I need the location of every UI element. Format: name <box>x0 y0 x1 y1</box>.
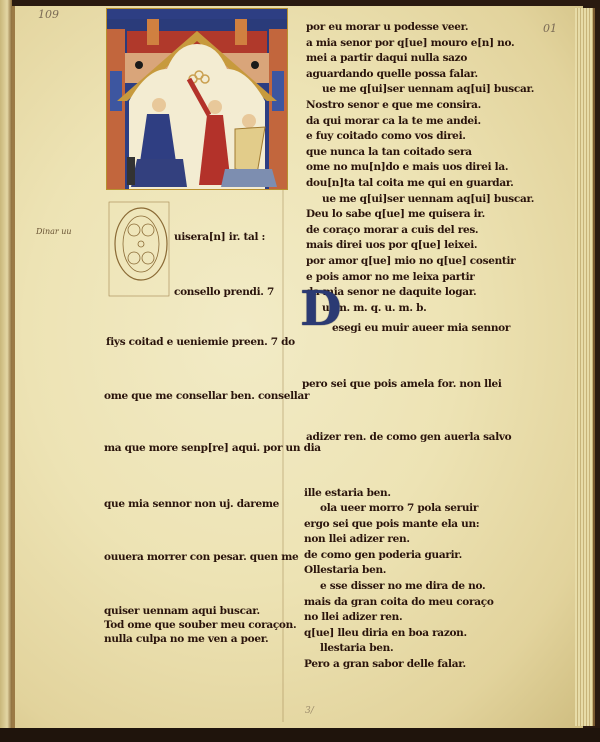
text-line: de coraço morar a cuis del res. <box>306 223 486 239</box>
text-line: non llei adizer ren. <box>304 532 484 548</box>
refrain-line: ue me q[ui]ser uennam aq[ui] buscar. <box>306 192 486 208</box>
right-column: por eu morar u podesse veer. a mia senor… <box>306 20 486 316</box>
right-column-lower: ola ueer morro 7 pola seruir ergo sei qu… <box>304 501 484 673</box>
blue-initial-d: D <box>300 287 330 331</box>
text-line: ma que more senp[re] aqui. por un dia <box>104 442 321 454</box>
text-line: uisera[n] ir. tal : <box>174 231 265 243</box>
text-line: que nunca la tan coitado sera <box>306 145 486 161</box>
text-line: mais direi uos por q[ue] leixei. <box>306 238 486 254</box>
text-line: mais da gran coita do meu coraço <box>304 595 484 611</box>
text-line: consello prendi. 7 <box>174 286 274 298</box>
music-text-line: pero sei que pois amela for. non llei <box>302 378 502 390</box>
text-line: no llei adizer ren. <box>304 610 484 626</box>
bottom-signature: 3/ <box>305 706 314 716</box>
text-line: ouuera morrer con pesar. quen me <box>104 551 298 563</box>
text-line: ergo sei que pois mante ela un: <box>304 517 484 533</box>
page-edges <box>575 8 595 726</box>
text-line: aguardando quelle possa falar. <box>306 67 486 83</box>
text-line: fiys coitad e ueniemie preen. 7 do <box>106 336 295 348</box>
text-line: esegi eu muir aueer mia sennor <box>332 322 510 334</box>
text-line: Pero a gran sabor delle falar. <box>304 657 484 673</box>
text-line: por eu morar u podesse veer. <box>306 20 486 36</box>
text-line: llestaria ben. <box>304 641 484 657</box>
text-line: Deu lo sabe q[ue] me quisera ir. <box>306 207 486 223</box>
text-line: dou[n]ta tal coita me qui en guardar. <box>306 176 486 192</box>
text-line: q[ue] lleu diria en boa razon. <box>304 626 484 642</box>
text-line: Ollestaria ben. <box>304 563 484 579</box>
text-line: mei a partir daqui nulla sazo <box>306 51 486 67</box>
text-line: ola ueer morro 7 pola seruir <box>304 501 484 517</box>
text-line: da qui morar ca la te me andei. <box>306 114 486 130</box>
text-line: de como gen poderia guarir. <box>304 548 484 564</box>
text-line: ome no mu[n]do e mais uos direi la. <box>306 160 486 176</box>
folio-number-right: 01 <box>543 22 557 35</box>
text-line: quiser uennam aqui buscar. <box>104 605 260 617</box>
text-line: por amor q[ue] mio no q[ue] cosentir <box>306 254 486 270</box>
left-column: uisera[n] ir. tal : consello prendi. 7 f… <box>0 0 290 742</box>
music-text-line: ille estaria ben. <box>304 487 391 499</box>
refrain-line: ue me q[ui]ser uennam aq[ui] buscar. <box>306 82 486 98</box>
text-line: e sse disser no me dira de no. <box>304 579 484 595</box>
text-line: ome que me consellar ben. consellar <box>104 390 309 402</box>
music-text-line: adizer ren. de como gen auerla salvo <box>306 431 511 443</box>
text-line: e fuy coitado como vos direi. <box>306 129 486 145</box>
text-line: a mia senor por q[ue] mouro e[n] no. <box>306 36 486 52</box>
text-line: Tod ome que souber meu coraçon. <box>104 619 296 631</box>
text-line: Nostro senor e que me consira. <box>306 98 486 114</box>
text-line: nulla culpa no me ven a poer. <box>104 633 268 645</box>
text-line: que mia sennor non uj. dareme <box>104 498 279 510</box>
